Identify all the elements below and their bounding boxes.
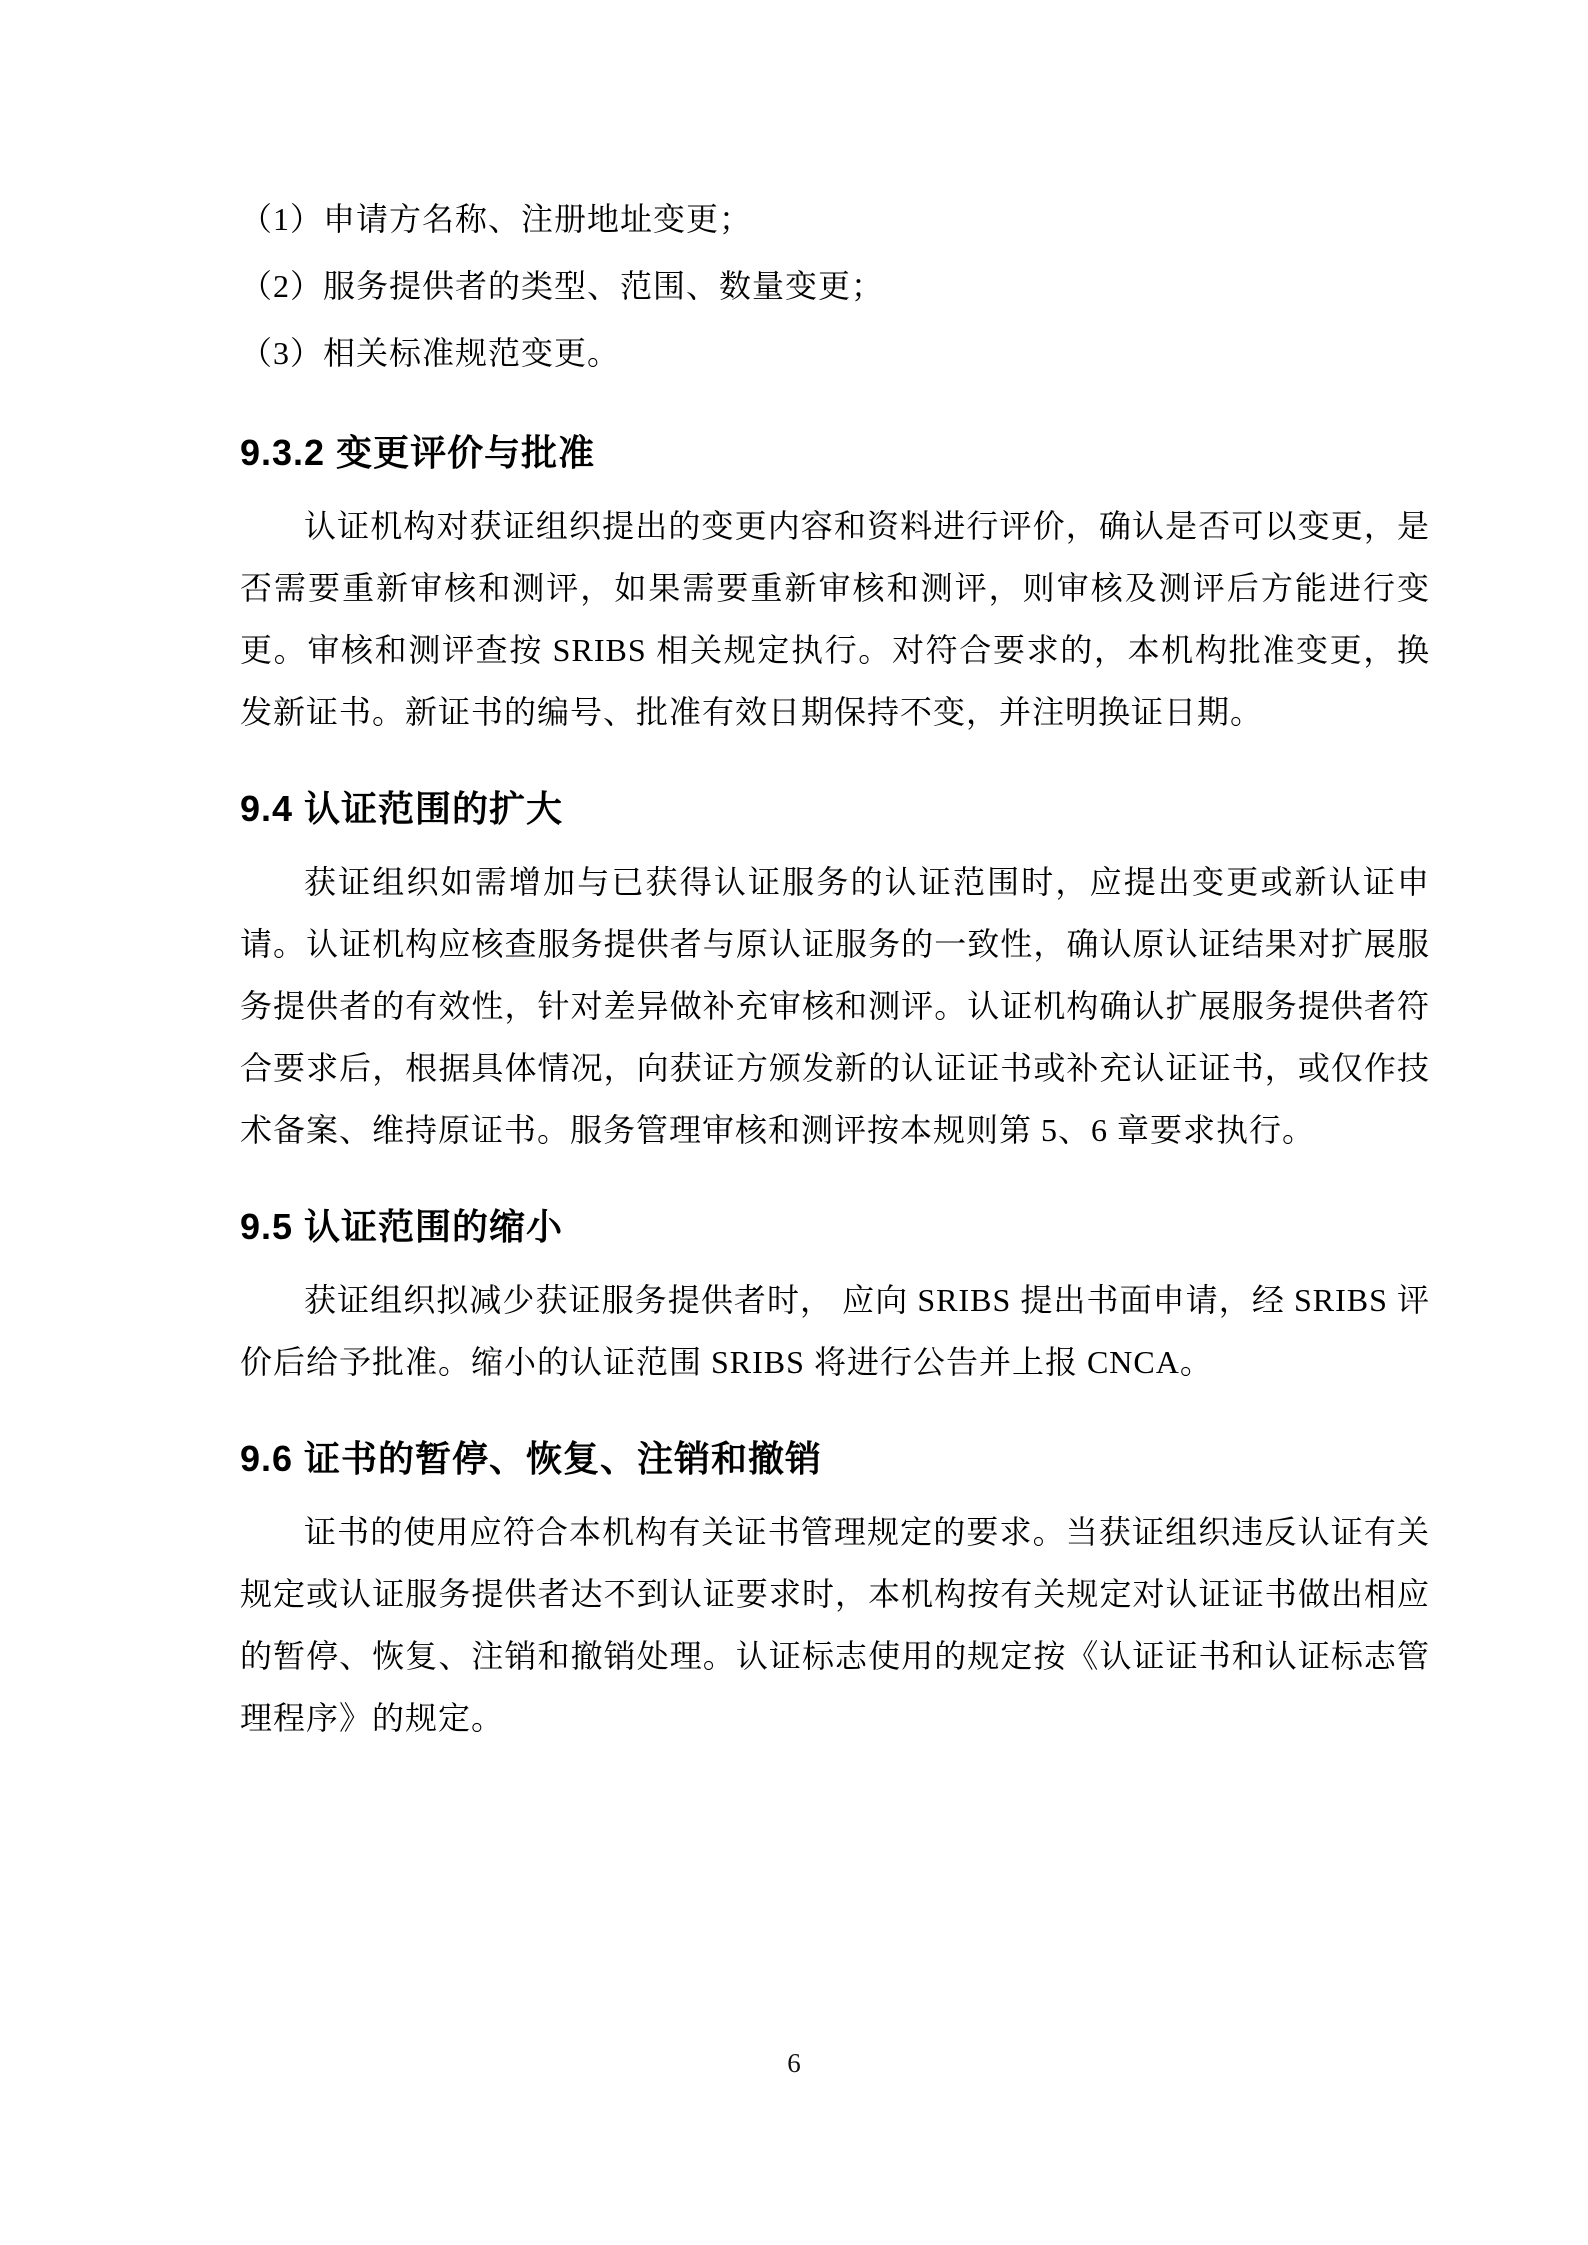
section-heading-9-5: 9.5 认证范围的缩小 bbox=[240, 1203, 1430, 1251]
paragraph: 获证组织拟减少获证服务提供者时， 应向 SRIBS 提出书面申请，经 SRIBS… bbox=[240, 1269, 1430, 1393]
document-content: （1）申请方名称、注册地址变更； （2）服务提供者的类型、范围、数量变更； （3… bbox=[240, 186, 1430, 1749]
list-item: （1）申请方名称、注册地址变更； bbox=[240, 186, 1430, 253]
document-page: （1）申请方名称、注册地址变更； （2）服务提供者的类型、范围、数量变更； （3… bbox=[0, 0, 1588, 2245]
section-heading-9-6: 9.6 证书的暂停、恢复、注销和撤销 bbox=[240, 1435, 1430, 1483]
paragraph: 认证机构对获证组织提出的变更内容和资料进行评价，确认是否可以变更，是否需要重新审… bbox=[240, 495, 1430, 743]
section-heading-9-4: 9.4 认证范围的扩大 bbox=[240, 785, 1430, 833]
paragraph: 证书的使用应符合本机构有关证书管理规定的要求。当获证组织违反认证有关规定或认证服… bbox=[240, 1501, 1430, 1749]
list-item: （2）服务提供者的类型、范围、数量变更； bbox=[240, 253, 1430, 320]
paragraph: 获证组织如需增加与已获得认证服务的认证范围时，应提出变更或新认证申请。认证机构应… bbox=[240, 851, 1430, 1161]
section-heading-9-3-2: 9.3.2 变更评价与批准 bbox=[240, 429, 1430, 477]
list-item: （3）相关标准规范变更。 bbox=[240, 320, 1430, 387]
page-number: 6 bbox=[0, 2048, 1588, 2079]
